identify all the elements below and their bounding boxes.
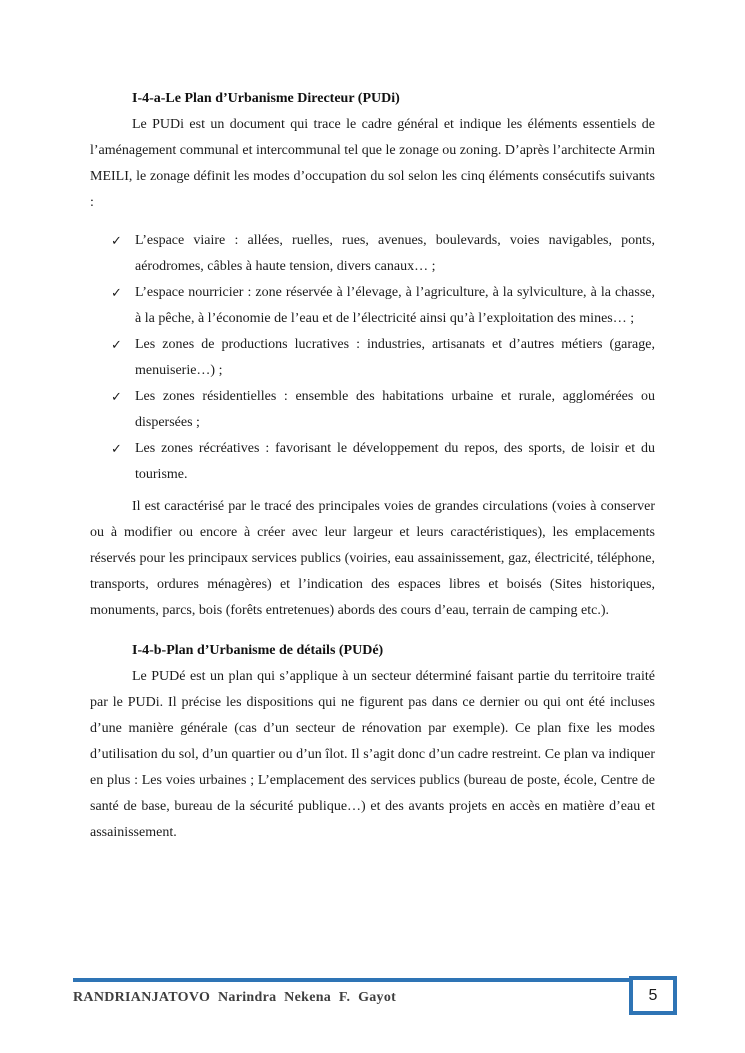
checkmark-icon: ✓ [111,436,122,462]
pude-body-paragraph: Le PUDé est un plan qui s’applique à un … [90,664,655,846]
section-heading-pudi: I-4-a-Le Plan d’Urbanisme Directeur (PUD… [132,86,655,112]
list-item: ✓ Les zones résidentielles : ensemble de… [135,384,655,436]
list-item: ✓ Les zones récréatives : favorisant le … [135,436,655,488]
list-item-text: L’espace nourricier : zone réservée à l’… [135,285,655,326]
list-item-text: Les zones de productions lucratives : in… [135,337,655,378]
checkmark-icon: ✓ [111,228,122,254]
checkmark-icon: ✓ [111,332,122,358]
footer-author-name: RANDRIANJATOVO Narindra Nekena F. Gayot [73,990,396,1006]
list-item: ✓ Les zones de productions lucratives : … [135,332,655,384]
list-item: ✓ L’espace nourricier : zone réservée à … [135,280,655,332]
document-content: I-4-a-Le Plan d’Urbanisme Directeur (PUD… [90,86,655,846]
zoning-elements-list: ✓ L’espace viaire : allées, ruelles, rue… [90,228,655,488]
pudi-intro-paragraph: Le PUDi est un document qui trace le cad… [90,112,655,216]
document-page: I-4-a-Le Plan d’Urbanisme Directeur (PUD… [0,0,745,1053]
list-item-text: L’espace viaire : allées, ruelles, rues,… [135,233,655,274]
pudi-closing-paragraph: Il est caractérisé par le tracé des prin… [90,494,655,624]
footer-divider [73,978,629,982]
list-item-text: Les zones résidentielles : ensemble des … [135,389,655,430]
list-item: ✓ L’espace viaire : allées, ruelles, rue… [135,228,655,280]
checkmark-icon: ✓ [111,280,122,306]
list-item-text: Les zones récréatives : favorisant le dé… [135,441,655,482]
page-number-badge: 5 [629,976,677,1015]
section-heading-pude: I-4-b-Plan d’Urbanisme de détails (PUDé) [132,638,655,664]
checkmark-icon: ✓ [111,384,122,410]
